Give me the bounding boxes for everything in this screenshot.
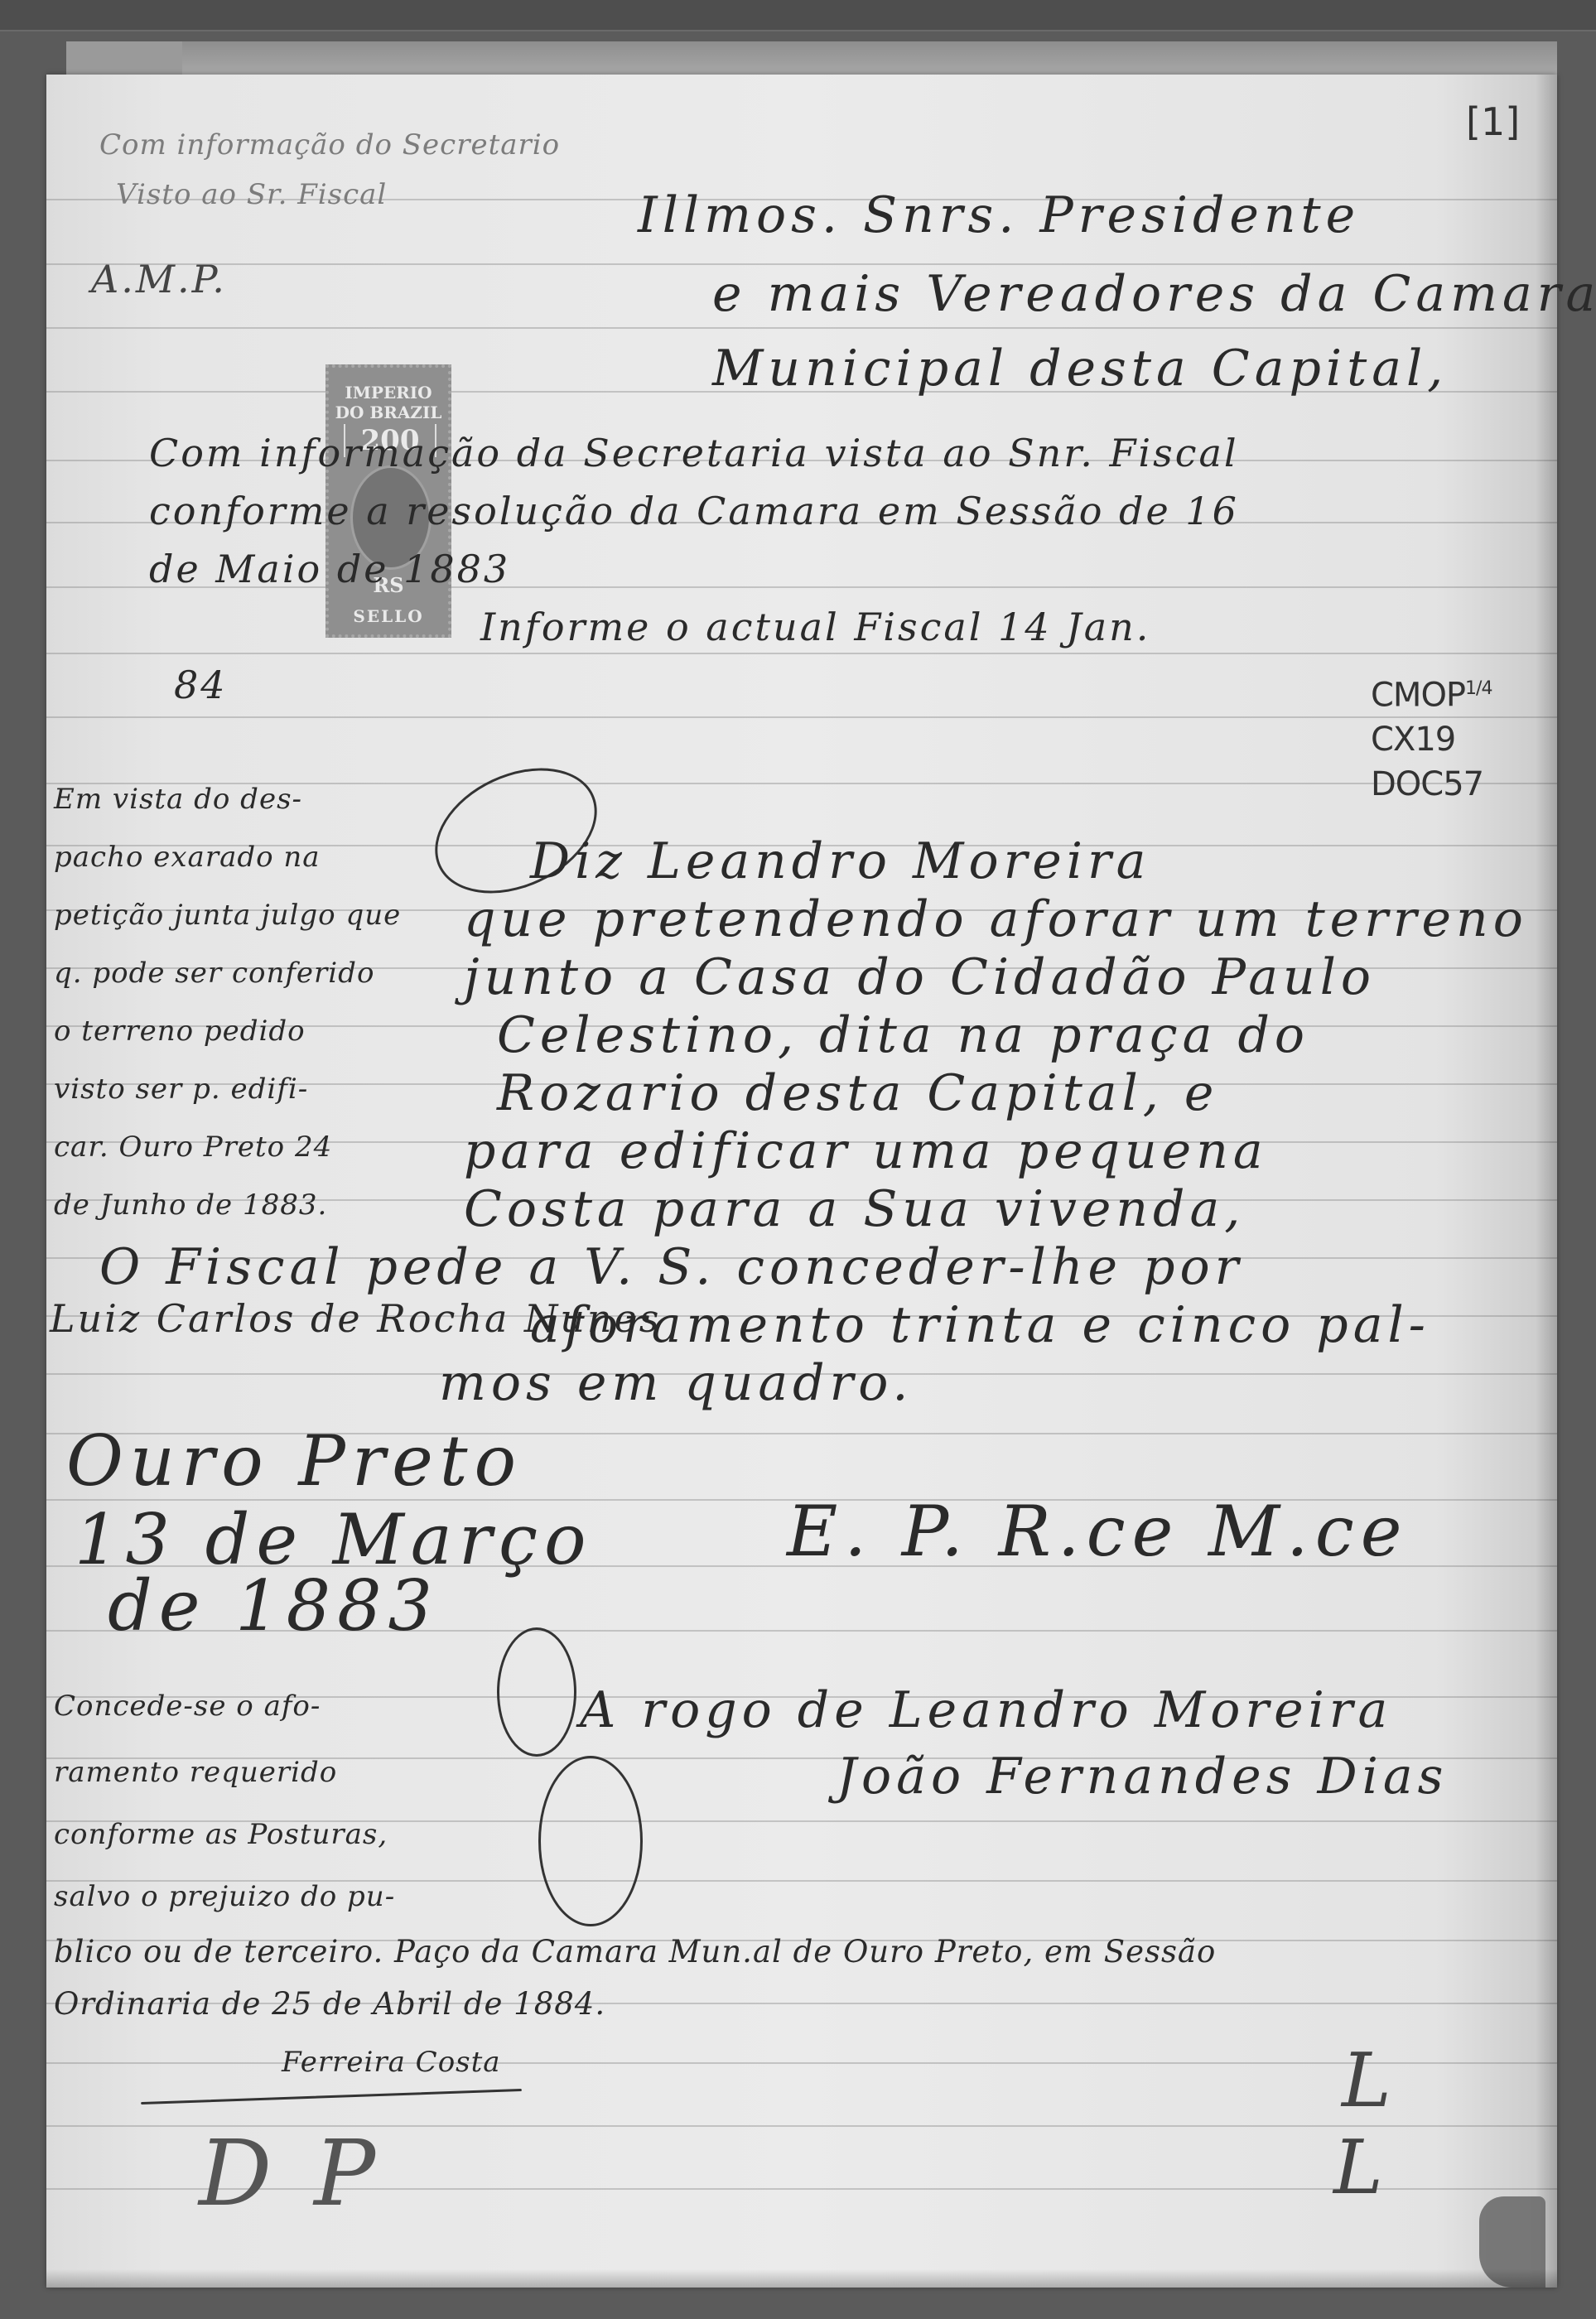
petitioner-signature-line2: João Fernandes Dias bbox=[837, 1748, 1448, 1806]
left-note-line8: de Junho de 1883. bbox=[54, 1188, 327, 1222]
stamp-line1: IMPERIO bbox=[329, 383, 448, 403]
dispatch-line2: conforme a resolução da Camara em Sessão… bbox=[149, 489, 1239, 533]
resolution-line5: blico ou de terceiro. Paço da Camara Mun… bbox=[54, 1934, 1216, 1969]
archive-reference: CMOP1/4 CX19 DOC57 bbox=[1371, 667, 1503, 807]
stamp-label: SELLO bbox=[329, 606, 448, 626]
left-note-line4: q. pode ser conferido bbox=[54, 957, 374, 990]
folded-paper-edge bbox=[66, 41, 1557, 76]
dispatch-line1: Com informação da Secretaria vista ao Sn… bbox=[149, 431, 1239, 475]
resolution-line2: ramento requerido bbox=[54, 1756, 337, 1789]
body-line10: mos em quadro. bbox=[439, 1354, 913, 1412]
body-line2: que pretendendo aforar um terreno bbox=[464, 890, 1528, 948]
body-line3: junto a Casa do Cidadão Paulo bbox=[464, 948, 1376, 1006]
scanner-background-top bbox=[0, 0, 1596, 31]
page-number: [1] bbox=[1466, 99, 1520, 144]
closing-formula: E. P. R.ce M.ce bbox=[787, 1491, 1409, 1572]
resolution-line4: salvo o prejuizo do pu- bbox=[54, 1880, 395, 1913]
margin-note-line2: Visto ao Sr. Fiscal bbox=[116, 178, 387, 211]
left-note-line5: o terreno pedido bbox=[54, 1015, 306, 1048]
resolution-line6: Ordinaria de 25 de Abril de 1884. bbox=[54, 1986, 605, 2022]
archive-ref-superscript: 1/4 bbox=[1465, 678, 1492, 699]
left-note-line3: petição junta julgo que bbox=[54, 899, 401, 932]
dispatch-line5: 84 bbox=[174, 663, 228, 707]
archive-ref-line3: DOC57 bbox=[1371, 762, 1503, 807]
body-line4: Celestino, dita na praça do bbox=[497, 1006, 1309, 1064]
body-line7: Costa para a Sua vivenda, bbox=[464, 1180, 1245, 1238]
left-note-line6: visto ser p. edifi- bbox=[54, 1073, 308, 1106]
bottom-initials-right-bottom: L bbox=[1333, 2124, 1390, 2211]
margin-note-line1: Com informação do Secretario bbox=[99, 128, 560, 162]
dispatch-line4: Informe o actual Fiscal 14 Jan. bbox=[480, 605, 1150, 649]
archive-ref-line2: CX19 bbox=[1371, 717, 1503, 762]
closing-place: Ouro Preto bbox=[66, 1420, 523, 1502]
address-line3: Municipal desta Capital, bbox=[712, 340, 1448, 398]
capital-j-flourish bbox=[538, 1756, 643, 1926]
stamp-line2: DO BRAZIL bbox=[329, 403, 448, 422]
left-note-line1: Em vista do des- bbox=[54, 783, 302, 816]
body-line5: Rozario desta Capital, e bbox=[497, 1064, 1218, 1122]
body-line6: para edificar uma pequena bbox=[464, 1122, 1268, 1180]
body-line1: Diz Leandro Moreira bbox=[530, 832, 1150, 890]
dispatch-line3: de Maio de 1883 bbox=[149, 547, 510, 591]
petitioner-signature-line1: A rogo de Leandro Moreira bbox=[580, 1681, 1392, 1739]
resolution-line1: Concede-se o afo- bbox=[54, 1690, 321, 1723]
bottom-initials-left: D P bbox=[199, 2120, 382, 2226]
margin-initials: A.M.P. bbox=[91, 257, 227, 301]
body-line9: aforamento trinta e cinco pal- bbox=[530, 1296, 1430, 1354]
resolution-signature: Ferreira Costa bbox=[282, 2046, 501, 2079]
capital-a-flourish bbox=[497, 1627, 576, 1757]
closing-date-line2: de 1883 bbox=[108, 1565, 439, 1646]
bottom-initials-right-top: L bbox=[1342, 2037, 1398, 2124]
left-note-line2: pacho exarado na bbox=[54, 841, 321, 874]
address-line1: Illmos. Snrs. Presidente bbox=[638, 186, 1360, 244]
body-line8: O Fiscal pede a V. S. conceder-lhe por bbox=[99, 1238, 1243, 1296]
left-note-line7: car. Ouro Preto 24 bbox=[54, 1131, 332, 1164]
resolution-line3: conforme as Posturas, bbox=[54, 1818, 388, 1851]
address-line2: e mais Vereadores da Camara bbox=[712, 265, 1596, 323]
archive-ref-line1: CMOP bbox=[1371, 676, 1465, 714]
